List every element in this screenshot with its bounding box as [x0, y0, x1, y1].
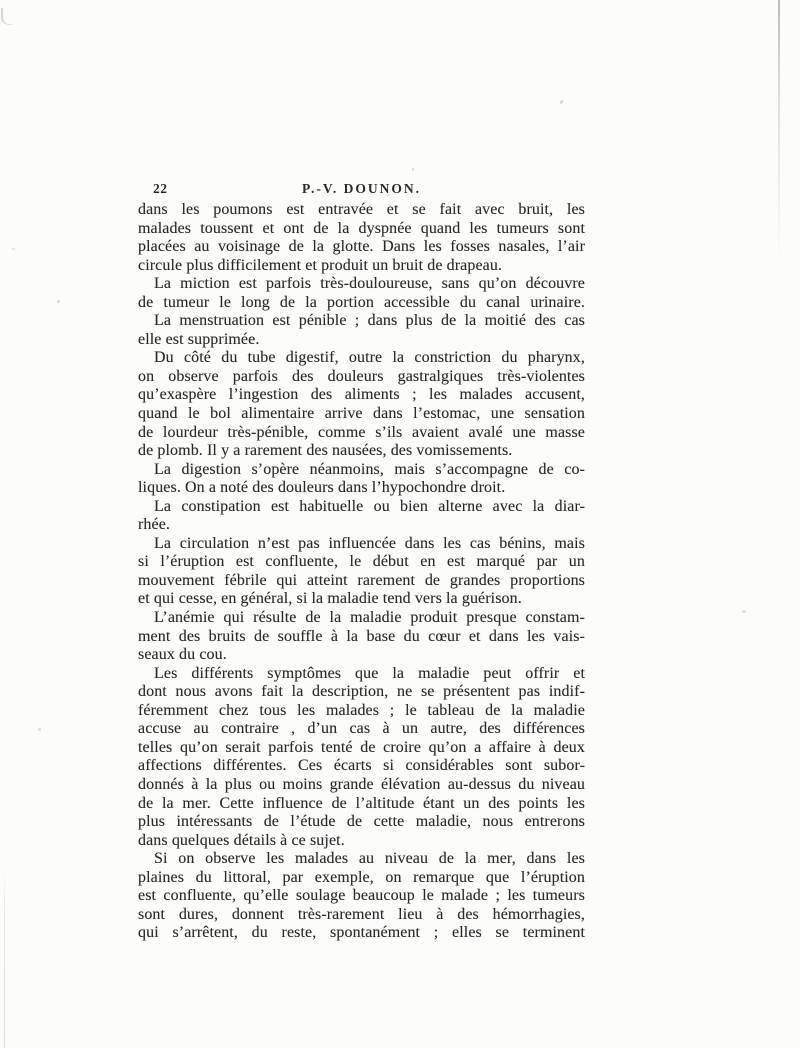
text-line: on observe parfois des douleurs gastralg…	[138, 368, 585, 387]
text-line: elle est supprimée.	[138, 331, 585, 350]
scan-artifact-left-edge	[4, 870, 5, 1048]
text-line: sont dures, donnent très-rarement lieu à…	[138, 906, 585, 925]
text-line: accuse au contraire , d’un cas à un autr…	[138, 720, 585, 739]
text-line: malades toussent et ont de la dyspnée qu…	[138, 220, 585, 239]
scan-speck	[38, 728, 41, 731]
text-line: mouvement fébrile qui atteint rarement d…	[138, 572, 585, 591]
text-line: La menstruation est pénible ; dans plus …	[138, 312, 585, 331]
text-line: La miction est parfois très-douloureuse,…	[138, 275, 585, 294]
scan-artifact-right-edge	[778, 0, 780, 260]
text-line: et qui cesse, en général, si la maladie …	[138, 590, 585, 609]
text-line: dans quelques détails à ce sujet.	[138, 832, 585, 851]
text-line: de tumeur le long de la portion accessib…	[138, 294, 585, 313]
text-line: Les différents symptômes que la maladie …	[138, 665, 585, 684]
scan-speck	[57, 300, 60, 303]
text-line: circule plus difficilement et produit un…	[138, 257, 585, 276]
page-number: 22	[153, 181, 168, 197]
text-line: est confluente, qu’elle soulage beaucoup…	[138, 887, 585, 906]
text-line: donnés à la plus ou moins grande élévati…	[138, 776, 585, 795]
text-block: dans les poumons est entravée et se fait…	[138, 201, 585, 943]
text-line: plaines du littoral, par exemple, on rem…	[138, 869, 585, 888]
text-line: La circulation n’est pas influencée dans…	[138, 535, 585, 554]
text-line: féremment chez tous les malades ; le tab…	[138, 702, 585, 721]
scan-speck	[412, 168, 414, 171]
text-line: de plomb. Il y a rarement des nausées, d…	[138, 442, 585, 461]
text-line: qui s’arrêtent, du reste, spontanément ;…	[138, 924, 585, 943]
scan-artifact-top-left	[1, 8, 12, 25]
scan-speck	[559, 100, 564, 105]
running-header: P.-V. DOUNON.	[138, 181, 585, 197]
text-line: dont nous avons fait la description, ne …	[138, 683, 585, 702]
text-line: ment des bruits de souffle à la base du …	[138, 628, 585, 647]
running-header-row: 22 P.-V. DOUNON.	[138, 181, 585, 198]
text-line: placées au voisinage de la glotte. Dans …	[138, 238, 585, 257]
text-line: de la mer. Cette influence de l’altitude…	[138, 795, 585, 814]
text-line: La digestion s’opère néanmoins, mais s’a…	[138, 461, 585, 480]
text-line: La constipation est habituelle ou bien a…	[138, 498, 585, 517]
text-line: plus intéressants de l’étude de cette ma…	[138, 813, 585, 832]
text-line: rhée.	[138, 516, 585, 535]
scanned-book-page: 22 P.-V. DOUNON. dans les poumons est en…	[0, 0, 800, 1048]
scan-speck	[742, 610, 746, 613]
text-line: L’anémie qui résulte de la maladie produ…	[138, 609, 585, 628]
text-line: telles qu’on serait parfois tenté de cro…	[138, 739, 585, 758]
scan-speck	[12, 248, 15, 250]
text-line: si l’éruption est confluente, le début e…	[138, 553, 585, 572]
text-line: Du côté du tube digestif, outre la const…	[138, 349, 585, 368]
text-line: de lourdeur très-pénible, comme s’ils av…	[138, 424, 585, 443]
text-line: seaux du cou.	[138, 646, 585, 665]
text-line: qu’exaspère l’ingestion des aliments ; l…	[138, 386, 585, 405]
text-line: affections différentes. Ces écarts si co…	[138, 757, 585, 776]
text-line: Si on observe les malades au niveau de l…	[138, 850, 585, 869]
text-line: quand le bol alimentaire arrive dans l’e…	[138, 405, 585, 424]
text-line: liques. On a noté des douleurs dans l’hy…	[138, 479, 585, 498]
text-line: dans les poumons est entravée et se fait…	[138, 201, 585, 220]
